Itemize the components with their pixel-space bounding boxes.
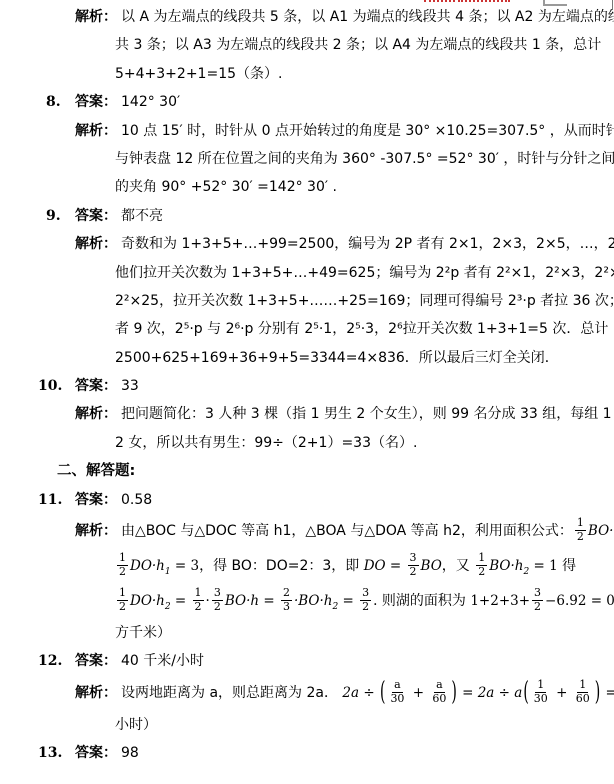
analysis-line: 与钟表盘 12 所在位置之间的夹角为 360° -307.5° =52° 30′… <box>0 145 614 173</box>
analysis-line: 共 3 条；以 A3 为左端点的线段共 2 条；以 A4 为左端点的线段共 1 … <box>0 31 614 59</box>
analysis-text: 10 点 15′ 时，时针从 0 点开始转过的角度是 30° ×10.25=30… <box>121 123 614 139</box>
analysis-line: 解析：奇数和为 1+3+5+…+99=2500，编号为 2P 者有 2×1，2×… <box>0 230 614 258</box>
analysis-text: 小时） <box>115 717 157 733</box>
answer-label: 答案： <box>75 94 117 110</box>
analysis-line: 解析：10 点 15′ 时，时针从 0 点开始转过的角度是 30° ×10.25… <box>0 117 614 145</box>
analysis-formula: 12DO·h1 = 3，得 BO：DO=2：3，即 DO = 32BO，又 12… <box>115 558 576 574</box>
analysis-label: 解析： <box>75 9 117 25</box>
analysis-text: 2500+625+169+36+9+5=3344=4×836．所以最后三灯全关闭… <box>115 350 559 366</box>
analysis-text: 的夹角 90° +52° 30′ =142° 30′ . <box>115 179 337 195</box>
answer-label: 答案： <box>75 745 117 761</box>
answer-label: 答案： <box>75 653 117 669</box>
item-number: 11. <box>38 486 62 514</box>
item-number: 10. <box>38 372 62 400</box>
analysis-line: 解析：把问题简化：3 人种 3 棵（指 1 男生 2 个女生），则 99 名分成… <box>0 400 614 428</box>
answer-line: 8.答案：142° 30′ <box>0 88 614 116</box>
answer-label: 答案： <box>75 492 117 508</box>
analysis-text: 2²×25，拉开关次数 1+3+5+……+25=169；同理可得编号 2³·p … <box>115 293 614 309</box>
item-number: 9. <box>46 202 61 230</box>
item-11-block: 11.答案：0.58 解析：由△BOC 与△DOC 等高 h1，△BOA 与△D… <box>0 486 614 648</box>
analysis-formula: 12DO·h2 = 12·32BO·h = 23·BO·h2 = 32. 则湖的… <box>115 593 614 609</box>
answer-value: 都不亮 <box>121 208 163 224</box>
analysis-line: 2500+625+169+36+9+5=3344=4×836．所以最后三灯全关闭… <box>0 344 614 372</box>
analysis-line: 12DO·h2 = 12·32BO·h = 23·BO·h2 = 32. 则湖的… <box>0 584 614 619</box>
answer-line: 11.答案：0.58 <box>0 486 614 514</box>
item-13-block: 13.答案：98 <box>0 739 614 767</box>
item-9-block: 9.答案：都不亮 解析：奇数和为 1+3+5+…+99=2500，编号为 2P … <box>0 202 614 372</box>
analysis-text: 与钟表盘 12 所在位置之间的夹角为 360° -307.5° =52° 30′… <box>115 151 614 167</box>
analysis-label: 解析： <box>75 236 117 252</box>
analysis-label: 解析： <box>75 406 117 422</box>
answer-value: 33 <box>121 378 139 394</box>
analysis-text: 2 女，所以共有男生：99÷（2+1）=33（名）. <box>115 435 417 451</box>
analysis-text: 者 9 次，2⁵·p 与 2⁶·p 分别有 2⁵·1，2⁵·3，2⁶拉开关次数 … <box>115 321 608 337</box>
item-10-block: 10.答案：33 解析：把问题简化：3 人种 3 棵（指 1 男生 2 个女生）… <box>0 372 614 457</box>
analysis-line: 的夹角 90° +52° 30′ =142° 30′ . <box>0 173 614 201</box>
item-number: 12. <box>38 647 62 675</box>
document-body: 解析：以 A 为左端点的线段共 5 条，以 A1 为端点的线段共 4 条；以 A… <box>0 0 614 768</box>
answer-label: 答案： <box>75 378 117 394</box>
item-number: 13. <box>38 739 62 767</box>
analysis-line: 者 9 次，2⁵·p 与 2⁶·p 分别有 2⁵·1，2⁵·3，2⁶拉开关次数 … <box>0 315 614 343</box>
answer-line: 9.答案：都不亮 <box>0 202 614 230</box>
analysis-line: 12DO·h1 = 3，得 BO：DO=2：3，即 DO = 32BO，又 12… <box>0 549 614 584</box>
document-page: { "page": { "background": "#ffffff", "te… <box>0 0 614 784</box>
analysis-label: 解析： <box>75 523 117 539</box>
item-12-block: 12.答案：40 千米/小时 解析：设两地距离为 a，则总距离为 2a． 2a … <box>0 647 614 739</box>
answer-label: 答案： <box>75 208 117 224</box>
analysis-line: 他们拉开关次数为 1+3+5+…+49=625；编号为 2²p 者有 2²×1，… <box>0 259 614 287</box>
analysis-line: 解析：由△BOC 与△DOC 等高 h1，△BOA 与△DOA 等高 h2，利用… <box>0 514 614 549</box>
answer-line: 12.答案：40 千米/小时 <box>0 647 614 675</box>
analysis-formula: 由△BOC 与△DOC 等高 h1，△BOA 与△DOA 等高 h2，利用面积公… <box>121 523 614 539</box>
item-7-analysis-block: 解析：以 A 为左端点的线段共 5 条，以 A1 为端点的线段共 4 条；以 A… <box>0 3 614 88</box>
analysis-line: 5+4+3+2+1=15（条）. <box>0 60 614 88</box>
answer-value: 142° 30′ <box>121 94 180 110</box>
analysis-text: 奇数和为 1+3+5+…+99=2500，编号为 2P 者有 2×1，2×3，2… <box>121 236 614 252</box>
section-header: 二、解答题: <box>0 457 614 485</box>
item-number: 8. <box>46 88 61 116</box>
analysis-text: 以 A 为左端点的线段共 5 条，以 A1 为端点的线段共 4 条；以 A2 为… <box>121 9 614 25</box>
analysis-text: 他们拉开关次数为 1+3+5+…+49=625；编号为 2²p 者有 2²×1，… <box>115 265 614 281</box>
analysis-text: 5+4+3+2+1=15（条）. <box>115 66 282 82</box>
analysis-line: 方千米） <box>0 619 614 647</box>
analysis-label: 解析： <box>75 685 117 701</box>
analysis-line: 解析：设两地距离为 a，则总距离为 2a． 2a ÷ (a30 + a60) =… <box>0 676 614 711</box>
analysis-formula: 设两地距离为 a，则总距离为 2a． 2a ÷ (a30 + a60) = 2a… <box>121 685 614 701</box>
answer-value: 98 <box>121 745 139 761</box>
analysis-line: 2 女，所以共有男生：99÷（2+1）=33（名）. <box>0 429 614 457</box>
answer-line: 10.答案：33 <box>0 372 614 400</box>
analysis-line: 小时） <box>0 711 614 739</box>
analysis-line: 2²×25，拉开关次数 1+3+5+……+25=169；同理可得编号 2³·p … <box>0 287 614 315</box>
analysis-text: 方千米） <box>115 625 171 641</box>
answer-line: 13.答案：98 <box>0 739 614 767</box>
analysis-line: 解析：以 A 为左端点的线段共 5 条，以 A1 为端点的线段共 4 条；以 A… <box>0 3 614 31</box>
answer-value: 0.58 <box>121 492 152 508</box>
analysis-text: 共 3 条；以 A3 为左端点的线段共 2 条；以 A4 为左端点的线段共 1 … <box>115 37 601 53</box>
answer-value: 40 千米/小时 <box>121 653 204 669</box>
item-8-block: 8.答案：142° 30′ 解析：10 点 15′ 时，时针从 0 点开始转过的… <box>0 88 614 202</box>
analysis-label: 解析： <box>75 123 117 139</box>
analysis-text: 把问题简化：3 人种 3 棵（指 1 男生 2 个女生），则 99 名分成 33… <box>121 406 614 422</box>
